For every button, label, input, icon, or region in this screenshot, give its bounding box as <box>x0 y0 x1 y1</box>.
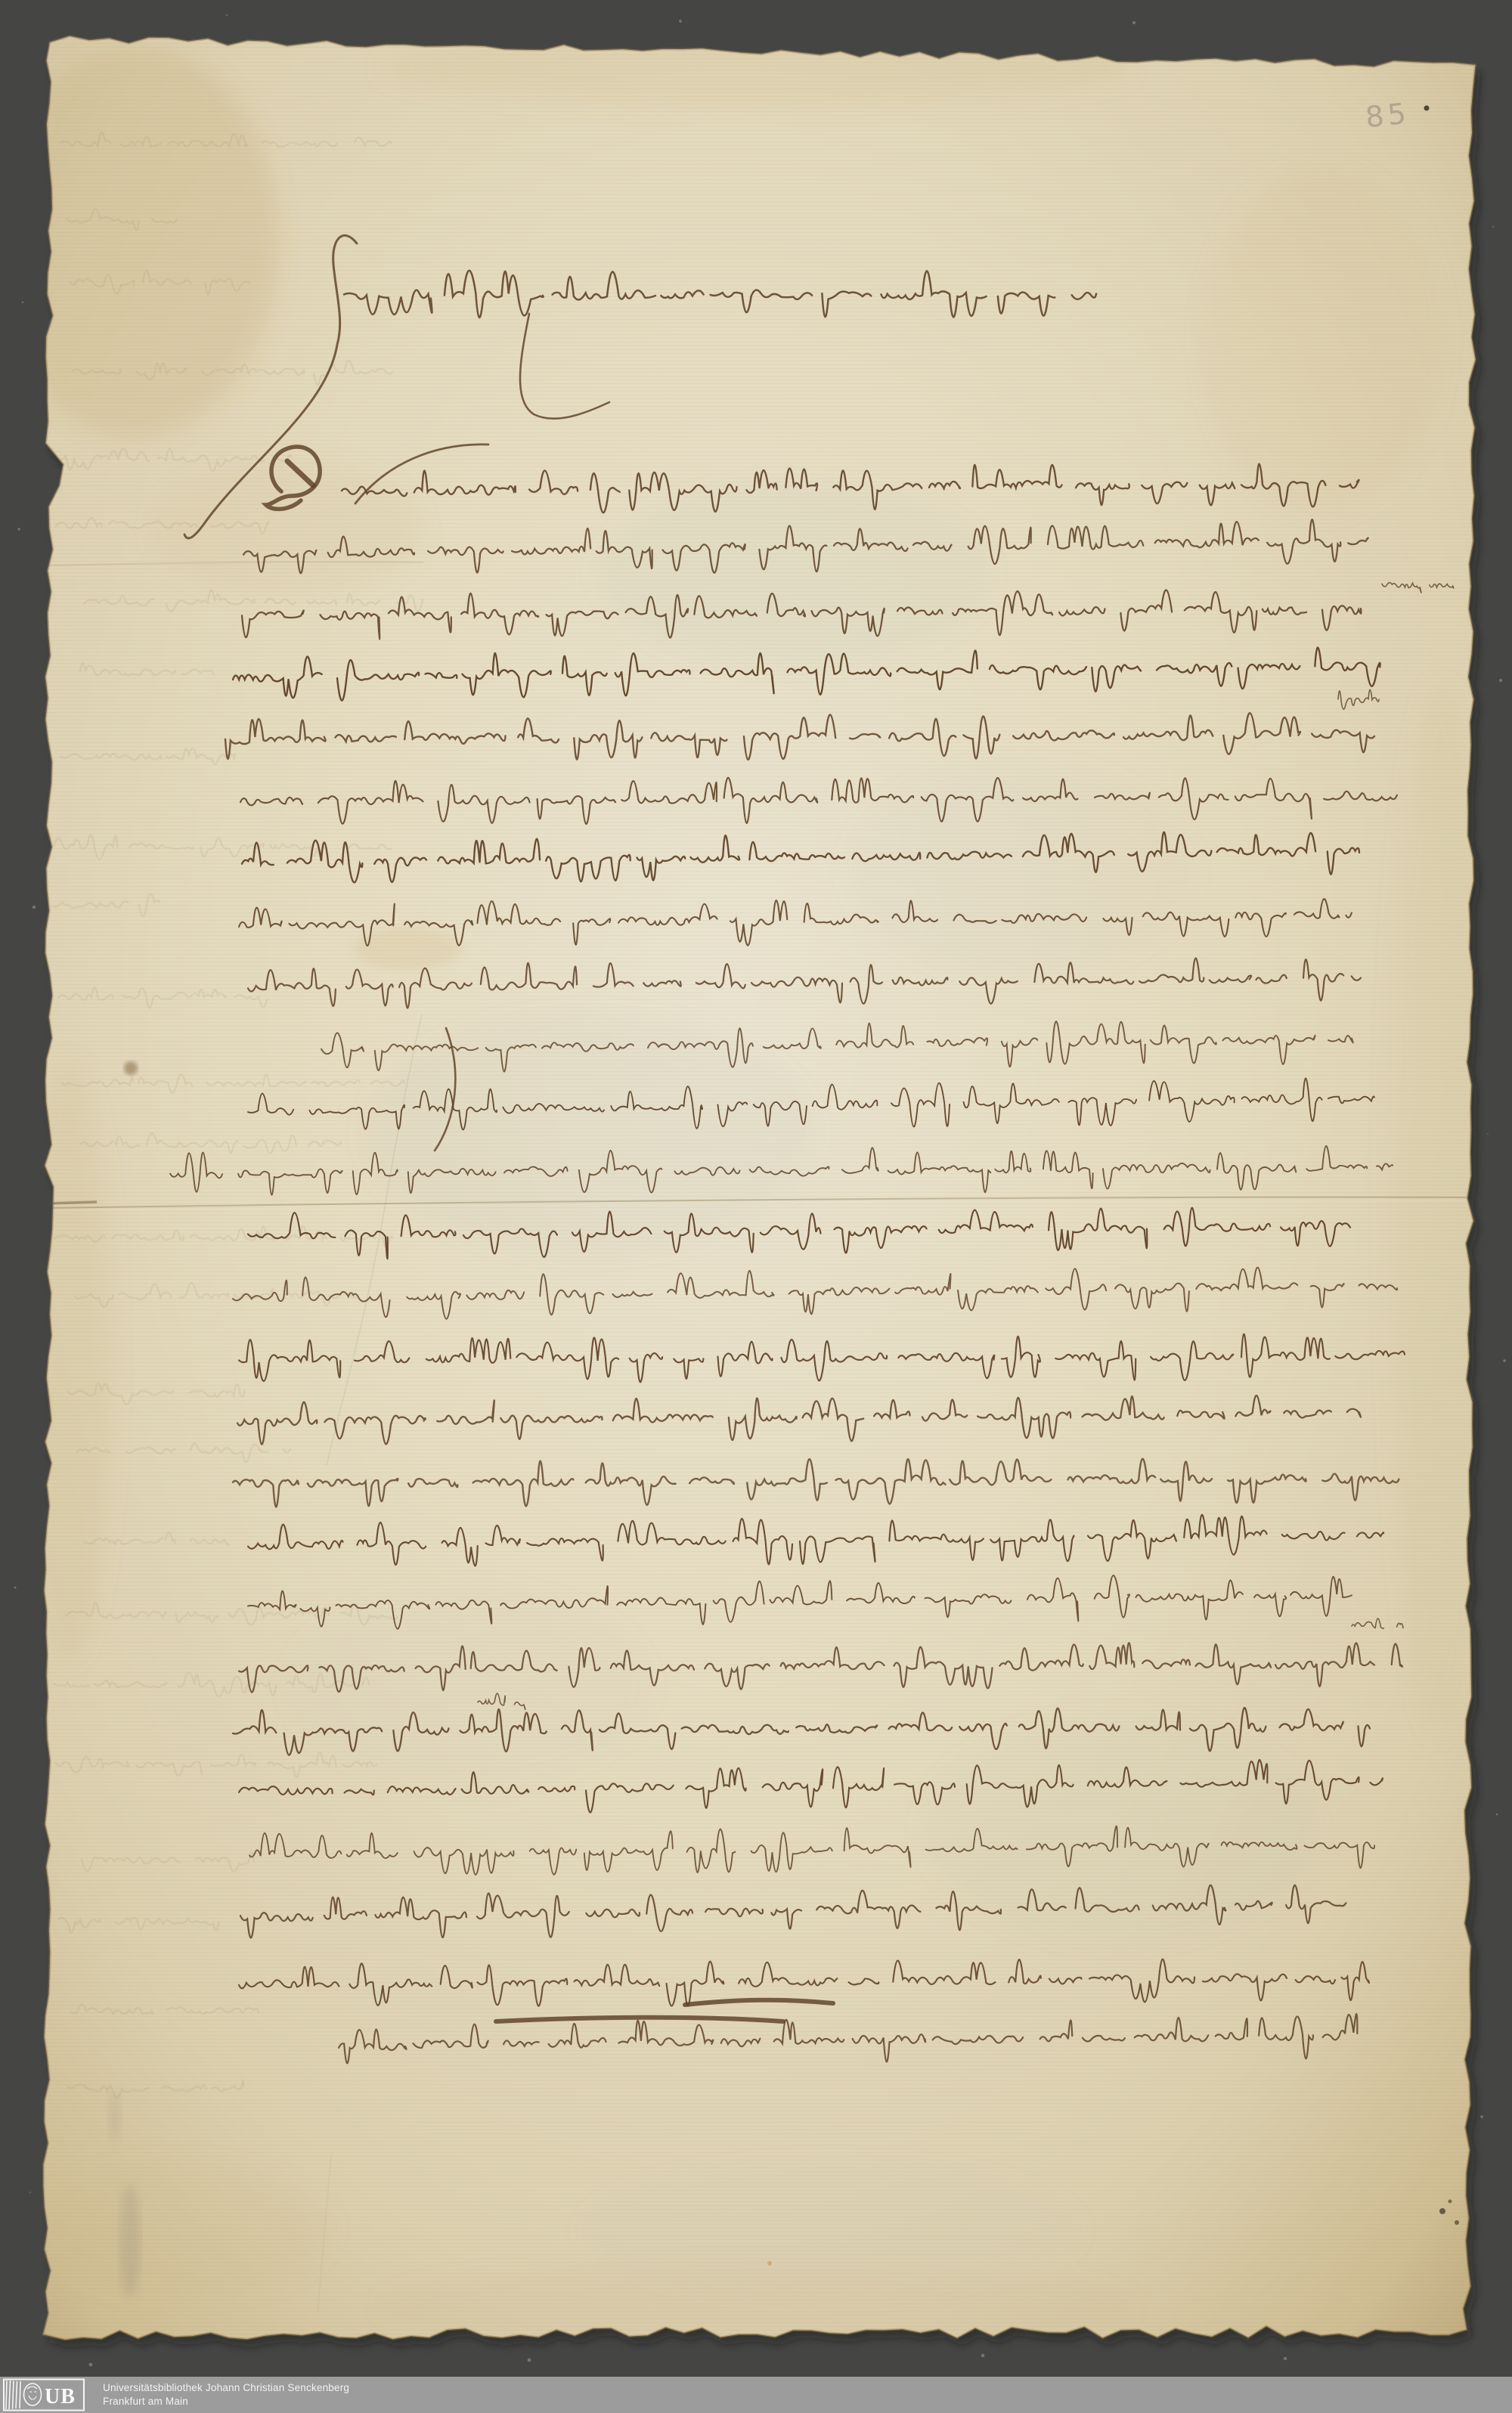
dust-speck <box>1132 21 1136 24</box>
library-footer: UB Universitätsbibliothek Johann Christi… <box>0 2377 1512 2413</box>
library-logo: UB <box>2 2377 91 2413</box>
dust-speck <box>17 528 20 530</box>
manuscript-scan: 85 UB Universitätsbibliothek Johann Chri… <box>0 0 1512 2413</box>
library-name: Universitätsbibliothek Johann Christian … <box>103 2381 349 2395</box>
dust-speck <box>1492 226 1494 228</box>
dust-speck <box>22 302 23 303</box>
book-spines-icon <box>6 2380 20 2409</box>
dust-speck <box>679 20 682 23</box>
dust-speck <box>33 906 36 909</box>
dust-speck <box>528 2359 531 2362</box>
library-city: Frankfurt am Main <box>103 2395 349 2408</box>
dust-speck <box>1480 2115 1483 2118</box>
dust-speck <box>14 1587 17 1589</box>
dust-speck <box>226 14 228 16</box>
dust-speck <box>89 2363 93 2367</box>
dust-speck <box>29 2192 31 2193</box>
dust-speck <box>1503 1359 1506 1362</box>
folio-number: 85 <box>1364 97 1411 135</box>
dust-speck <box>1284 2357 1287 2360</box>
dust-speck <box>981 2354 985 2358</box>
dust-speck <box>1499 679 1502 682</box>
page-surface: 85 <box>0 30 1493 2347</box>
scan-canvas: 85 <box>0 0 1512 2413</box>
senckenberg-portrait-icon <box>24 2384 42 2405</box>
dust-speck <box>1487 1133 1489 1135</box>
logo-ub-text: UB <box>45 2385 76 2408</box>
dust-speck <box>1496 1814 1498 1816</box>
